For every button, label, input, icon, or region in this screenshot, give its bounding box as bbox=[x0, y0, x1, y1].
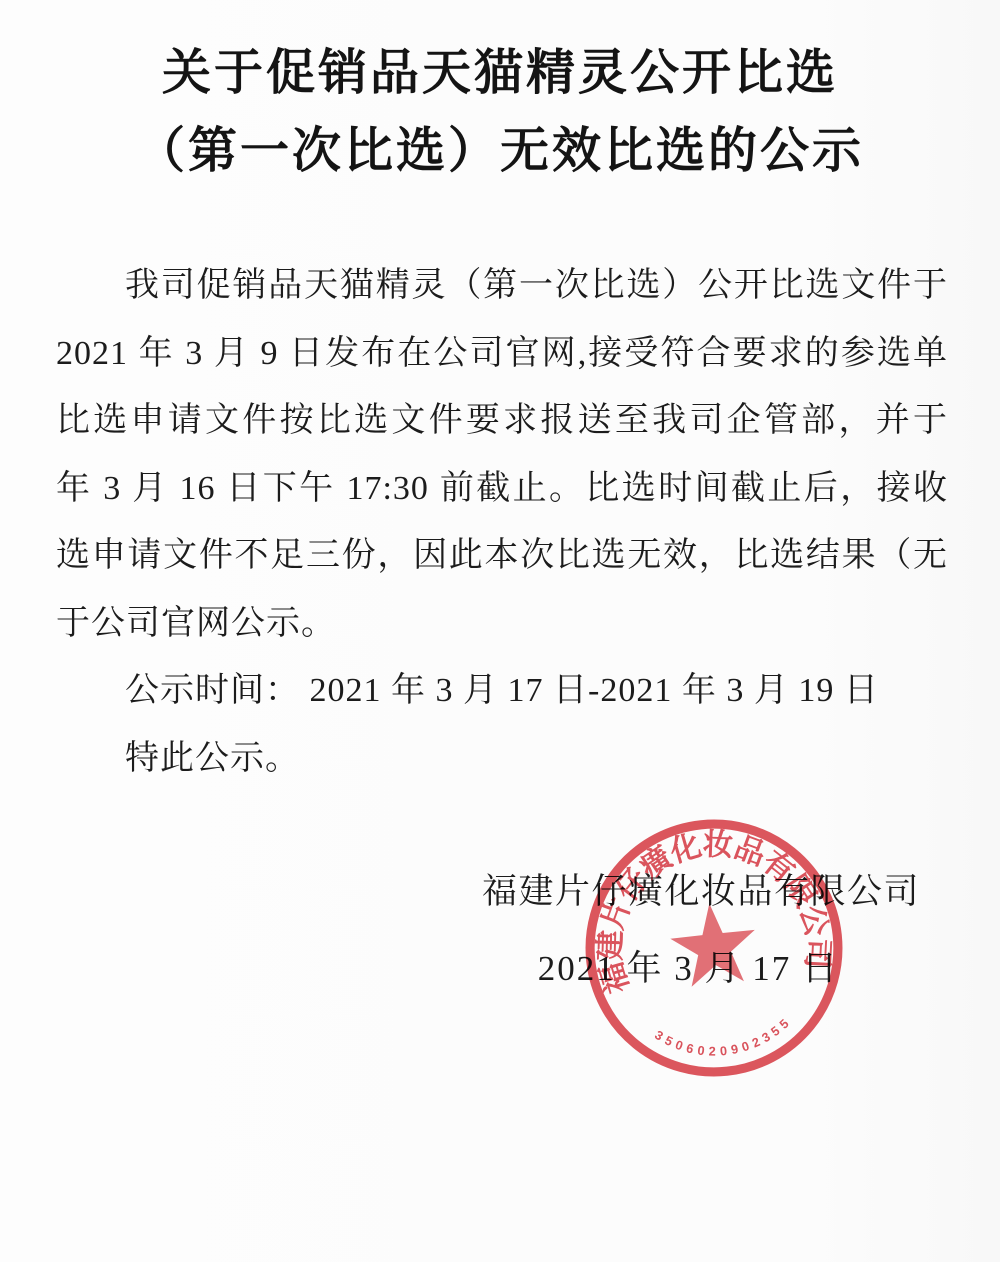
announcement-body: 我司促销品天猫精灵（第一次比选）公开比选文件于 2021 年 3 月 9 日发布… bbox=[56, 252, 948, 792]
svg-text:福建片仔癀化妆品有限公司: 福建片仔癀化妆品有限公司 bbox=[584, 818, 839, 998]
page-title: 关于促销品天猫精灵公开比选 （第一次比选）无效比选的公示 bbox=[0, 34, 1000, 190]
title-line-1: 关于促销品天猫精灵公开比选 bbox=[0, 34, 1000, 112]
title-line-2: （第一次比选）无效比选的公示 bbox=[0, 112, 1000, 190]
company-seal-stamp: 福建片仔癀化妆品有限公司 3506020902355 bbox=[584, 818, 844, 1078]
document-page: 关于促销品天猫精灵公开比选 （第一次比选）无效比选的公示 我司促销品天猫精灵（第… bbox=[0, 0, 1000, 1262]
star-icon bbox=[667, 899, 760, 988]
body-line: 年 3 月 16 日下午 17:30 前截止。比选时间截止后，接收到比 bbox=[56, 455, 948, 523]
body-line: 比选申请文件按比选文件要求报送至我司企管部，并于 2021 bbox=[56, 387, 948, 455]
seal-company-text: 福建片仔癀化妆品有限公司 bbox=[584, 818, 839, 998]
body-line: 2021 年 3 月 9 日发布在公司官网,接受符合要求的参选单位， bbox=[56, 320, 948, 388]
body-line: 选申请文件不足三份，因此本次比选无效，比选结果（无效） bbox=[56, 522, 948, 590]
notice-period-line: 公示时间： 2021 年 3 月 17 日-2021 年 3 月 19 日 bbox=[56, 657, 948, 725]
body-line: 于公司官网公示。 bbox=[56, 590, 948, 658]
closing-line: 特此公示。 bbox=[56, 725, 948, 793]
body-line: 我司促销品天猫精灵（第一次比选）公开比选文件于 bbox=[56, 252, 948, 320]
